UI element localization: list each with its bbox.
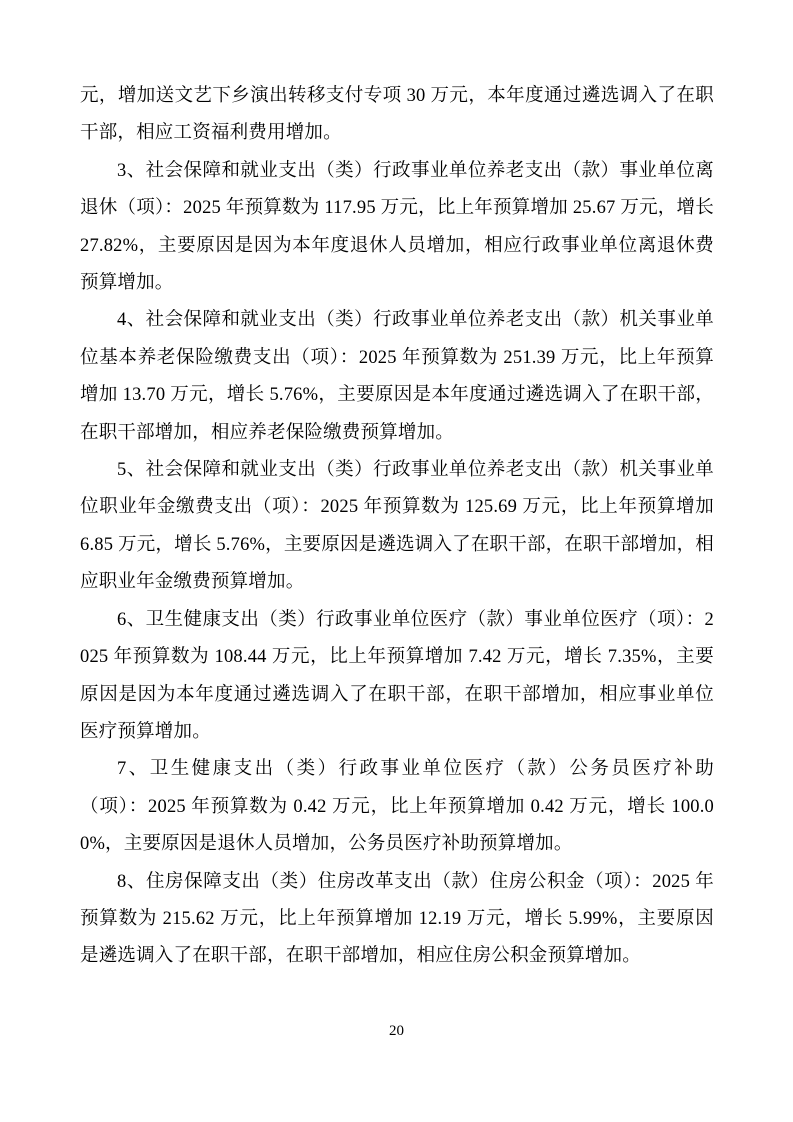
- paragraph-item-3: 3、社会保障和就业支出（类）行政事业单位养老支出（款）事业单位离退休（项）：20…: [80, 153, 714, 303]
- paragraph-item-4: 4、社会保障和就业支出（类）行政事业单位养老支出（款）机关事业单位基本养老保险缴…: [80, 302, 714, 452]
- page-number: 20: [389, 1023, 404, 1039]
- document-body: 元，增加送文艺下乡演出转移支付专项 30 万元，本年度通过遴选调入了在职干部，相…: [80, 78, 714, 976]
- paragraph-item-8: 8、住房保障支出（类）住房改革支出（款）住房公积金（项）：2025 年预算数为 …: [80, 864, 714, 976]
- paragraph-continuation: 元，增加送文艺下乡演出转移支付专项 30 万元，本年度通过遴选调入了在职干部，相…: [80, 78, 714, 153]
- paragraph-item-6: 6、卫生健康支出（类）行政事业单位医疗（款）事业单位医疗（项）：2025 年预算…: [80, 602, 714, 752]
- paragraph-item-5: 5、社会保障和就业支出（类）行政事业单位养老支出（款）机关事业单位职业年金缴费支…: [80, 452, 714, 602]
- document-page: 元，增加送文艺下乡演出转移支付专项 30 万元，本年度通过遴选调入了在职干部，相…: [0, 0, 793, 1122]
- paragraph-item-7: 7、卫生健康支出（类）行政事业单位医疗（款）公务员医疗补助（项）：2025 年预…: [80, 751, 714, 863]
- page-footer: 20: [0, 1022, 793, 1040]
